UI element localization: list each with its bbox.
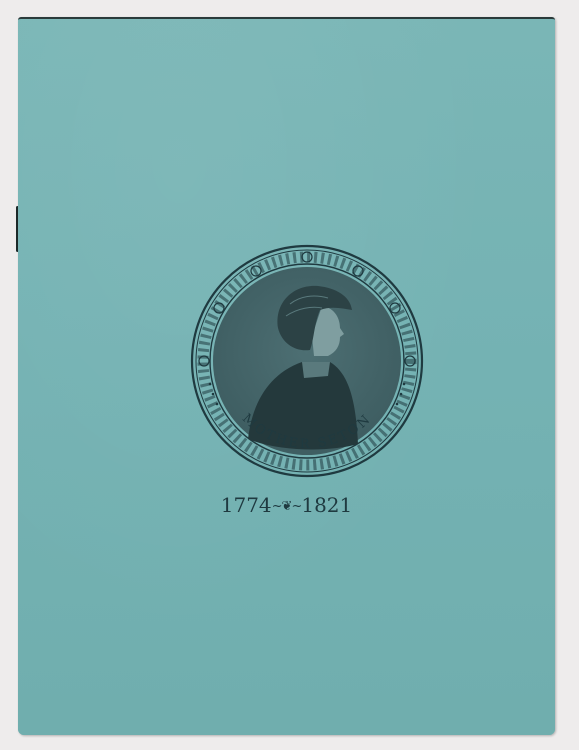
death-year: 1821 <box>301 493 352 517</box>
portrait-medallion: MOTHER SETON <box>190 244 424 478</box>
life-dates: 1774~❦~1821 <box>18 493 555 517</box>
ornament-separator-icon: ~❦~ <box>272 499 302 514</box>
booklet-cover: MOTHER SETON 1774~❦~1821 <box>18 17 555 735</box>
birth-year: 1774 <box>221 493 272 517</box>
